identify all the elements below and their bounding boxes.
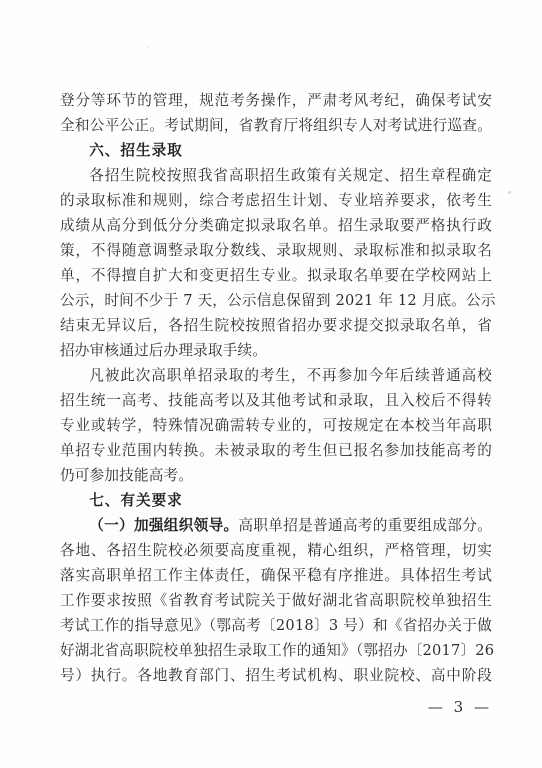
text-line: （一）加强组织领导。高职单招是普通高考的重要组成部分。 (60, 513, 492, 538)
text-line: 结束无异议后，各招生院校按照省招办要求提交拟录取名单，省 (60, 313, 492, 338)
line-text: 高职单招是普通高考的重要组成部分。 (238, 517, 492, 534)
text-line: 单招专业范围内转换。未被录取的考生但已报名参加技能高考的 (60, 438, 492, 463)
text-line: 仍可参加技能高考。 (60, 463, 492, 488)
text-line: 全和公平公正。考试期间，省教育厅将组织专人对考试进行巡查。 (60, 113, 492, 138)
line-text: 专业或转学，特殊情况确需转专业的，可按规定在本校当年高职 (60, 417, 492, 434)
text-line: 工作要求按照《省教育考试院关于做好湖北省高职院校单独招生 (60, 588, 492, 613)
line-text: 各地、各招生院校必须要高度重视，精心组织，严格管理，切实 (60, 542, 492, 559)
text-line: 单，不得擅自扩大和变更招生专业。拟录取名单要在学校网站上 (60, 263, 492, 288)
line-bold-lead: （一）加强组织领导。 (89, 517, 238, 534)
text-line: 七、有关要求 (60, 488, 492, 513)
line-text: 单，不得擅自扩大和变更招生专业。拟录取名单要在学校网站上 (60, 267, 492, 284)
text-line: 六、招生录取 (60, 138, 492, 163)
line-text: 策，不得随意调整录取分数线、录取规则、录取标准和拟录取名 (60, 242, 492, 259)
text-line: 招办审核通过后办理录取手续。 (60, 338, 492, 363)
line-text: 凡被此次高职单招录取的考生，不再参加今年后续普通高校 (89, 367, 492, 384)
line-text: 登分等环节的管理，规范考务操作，严肃考风考纪，确保考试安 (60, 92, 492, 109)
line-text: 各招生院校按照我省高职招生政策有关规定、招生章程确定 (89, 167, 492, 184)
line-text: 六、招生录取 (89, 142, 183, 159)
document-body: 登分等环节的管理，规范考务操作，严肃考风考纪，确保考试安全和公平公正。考试期间，… (60, 88, 492, 688)
text-line: 凡被此次高职单招录取的考生，不再参加今年后续普通高校 (60, 363, 492, 388)
text-line: 招生统一高考、技能高考以及其他考试和录取，且入校后不得转 (60, 388, 492, 413)
text-line: 考试工作的指导意见》（鄂高考〔2018〕3 号）和《省招办关于做 (60, 613, 492, 638)
text-line: 落实高职单招工作主体责任，确保平稳有序推进。具体招生考试 (60, 563, 492, 588)
text-line: 策，不得随意调整录取分数线、录取规则、录取标准和拟录取名 (60, 238, 492, 263)
text-line: 各招生院校按照我省高职招生政策有关规定、招生章程确定 (60, 163, 492, 188)
line-text: 落实高职单招工作主体责任，确保平稳有序推进。具体招生考试 (60, 567, 492, 584)
line-text: 仍可参加技能高考。 (60, 467, 193, 484)
line-text: 好湖北省高职院校单独招生录取工作的通知》（鄂招办〔2017〕26 (60, 642, 494, 659)
text-line: 登分等环节的管理，规范考务操作，严肃考风考纪，确保考试安 (60, 88, 492, 113)
line-text: 成绩从高分到低分分类确定拟录取名单。招生录取要严格执行政 (60, 217, 492, 234)
line-text: 工作要求按照《省教育考试院关于做好湖北省高职院校单独招生 (60, 592, 492, 609)
text-line: 公示，时间不少于 7 天，公示信息保留到 2021 年 12 月底。公示 (60, 288, 492, 313)
text-line: 号）执行。各地教育部门、招生考试机构、职业院校、高中阶段 (60, 663, 492, 688)
line-text: 结束无异议后，各招生院校按照省招办要求提交拟录取名单，省 (60, 317, 492, 334)
text-line: 各地、各招生院校必须要高度重视，精心组织，严格管理，切实 (60, 538, 492, 563)
line-text: 号）执行。各地教育部门、招生考试机构、职业院校、高中阶段 (60, 667, 492, 684)
line-text: 七、有关要求 (89, 492, 183, 509)
line-text: 全和公平公正。考试期间，省教育厅将组织专人对考试进行巡查。 (60, 117, 492, 134)
scan-speck (147, 46, 149, 48)
page-number: — 3 — (428, 698, 492, 716)
line-text: 单招专业范围内转换。未被录取的考生但已报名参加技能高考的 (60, 442, 492, 459)
text-line: 好湖北省高职院校单独招生录取工作的通知》（鄂招办〔2017〕26 (60, 638, 492, 663)
text-line: 成绩从高分到低分分类确定拟录取名单。招生录取要严格执行政 (60, 213, 492, 238)
line-text: 考试工作的指导意见》（鄂高考〔2018〕3 号）和《省招办关于做 (60, 617, 492, 634)
text-line: 的录取标准和规则，综合考虑招生计划、专业培养要求，依考生 (60, 188, 492, 213)
line-text: 招办审核通过后办理录取手续。 (60, 342, 267, 359)
line-text: 招生统一高考、技能高考以及其他考试和录取，且入校后不得转 (60, 392, 492, 409)
line-text: 的录取标准和规则，综合考虑招生计划、专业培养要求，依考生 (60, 192, 492, 209)
text-line: 专业或转学，特殊情况确需转专业的，可按规定在本校当年高职 (60, 413, 492, 438)
scan-speck (508, 191, 511, 194)
document-page: 登分等环节的管理，规范考务操作，严肃考风考纪，确保考试安全和公平公正。考试期间，… (0, 0, 542, 768)
line-text: 公示，时间不少于 7 天，公示信息保留到 2021 年 12 月底。公示 (60, 292, 496, 309)
